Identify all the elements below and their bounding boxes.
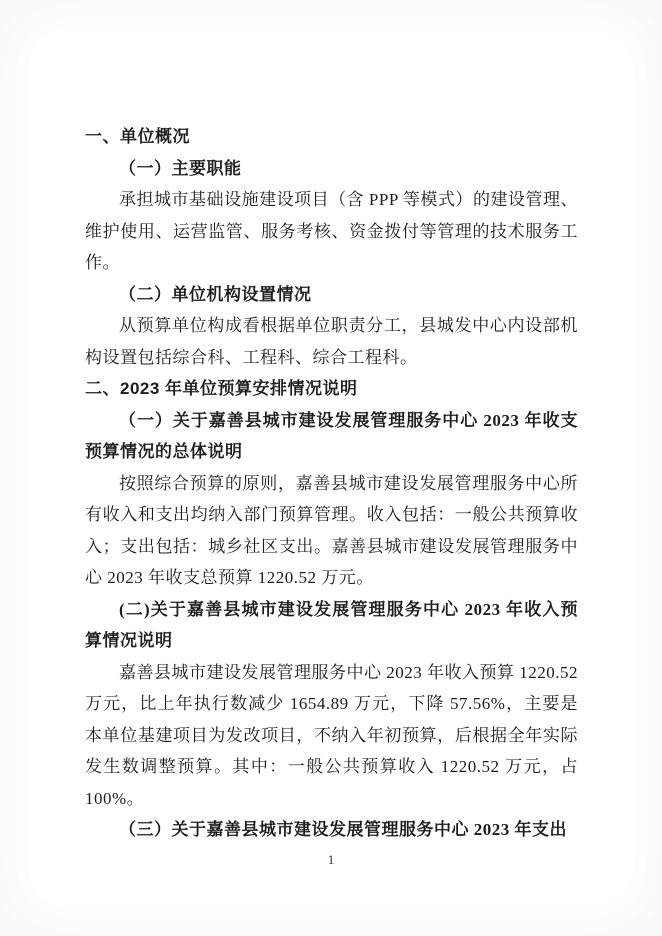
para-income-expense-summary: 按照综合预算的原则，嘉善县城市建设发展管理服务中心所有收入和支出均纳入部门预算管… (85, 468, 578, 594)
heading-income-expense-summary: （一）关于嘉善县城市建设发展管理服务中心 2023 年收支预算情况的总体说明 (85, 405, 578, 468)
para-org-structure: 从预算单位构成看根据单位职责分工，县城发中心内设部机构设置包括综合科、工程科、综… (85, 310, 578, 373)
document-page: 一、单位概况 （一）主要职能 承担城市基础设施建设项目（含 PPP 等模式）的建… (0, 0, 662, 936)
heading-income-budget: (二)关于嘉善县城市建设发展管理服务中心 2023 年收入预算情况说明 (85, 594, 578, 657)
page-number: 1 (0, 851, 662, 869)
heading-unit-overview: 一、单位概况 (85, 121, 578, 153)
heading-main-functions: （一）主要职能 (85, 153, 578, 185)
heading-expense-budget: （三）关于嘉善县城市建设发展管理服务中心 2023 年支出 (85, 814, 578, 846)
heading-org-structure: （二）单位机构设置情况 (85, 279, 578, 311)
para-main-functions: 承担城市基础设施建设项目（含 PPP 等模式）的建设管理、维护使用、运营监管、服… (85, 184, 578, 279)
heading-2023-budget-overview: 二、2023 年单位预算安排情况说明 (85, 373, 578, 405)
para-income-budget: 嘉善县城市建设发展管理服务中心 2023 年收入预算 1220.52 万元，比上… (85, 657, 578, 815)
